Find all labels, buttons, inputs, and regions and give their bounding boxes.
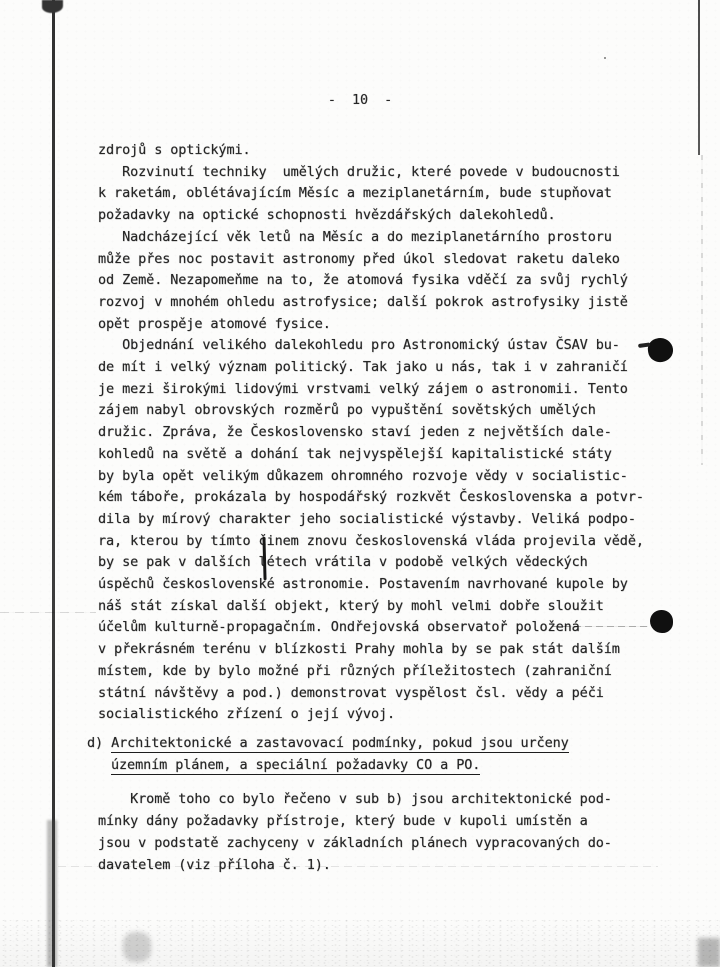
text-line: ra, kterou by tímto činem znovu českoslo… xyxy=(98,531,720,553)
text-line: požadavky na optické schopnosti hvězdářs… xyxy=(98,205,720,227)
ink-speck xyxy=(604,57,606,59)
text-line: náš stát získal další objekt, který by m… xyxy=(98,596,720,618)
text-line: může přes noc postavit astronomy před úk… xyxy=(98,249,720,271)
text-line: davatelem (viz příloha č. 1). xyxy=(98,855,720,877)
section-label: d) xyxy=(87,735,111,751)
text-line: zdrojů s optickými. xyxy=(98,140,720,162)
text-line: v překrásném terénu v blízkosti Prahy mo… xyxy=(98,639,720,661)
text-line: Nadcházející věk letů na Měsíc a do mezi… xyxy=(98,227,720,249)
right-scan-line xyxy=(698,0,700,155)
text-line: úspěchů československé astronomie. Posta… xyxy=(98,574,720,596)
scanned-document-page: - 10 - zdrojů s optickými. Rozvinutí tec… xyxy=(0,0,720,967)
text-line: Rozvinutí techniky umělých družic, které… xyxy=(98,162,720,184)
text-line: družic. Zpráva, že Československo staví … xyxy=(98,422,720,444)
text-line: kohledů na světě a dohání tak nejvyspěle… xyxy=(98,444,720,466)
section-heading-line: d) Architektonické a zastavovací podmínk… xyxy=(87,733,720,755)
text-line: by se pak v dalších létech vrátila v pod… xyxy=(98,552,720,574)
text-line: by byla opět velikým důkazem ohromného r… xyxy=(98,466,720,488)
text-line: rozvoj v mnohém ohledu astrofysice; dalš… xyxy=(98,292,720,314)
text-line: Kromě toho co bylo řečeno v sub b) jsou … xyxy=(98,789,720,811)
page-number: - 10 - xyxy=(0,92,720,108)
text-line: socialistického zřízení o její vývoj. xyxy=(98,704,720,726)
text-line: Objednání velikého dalekohledu pro Astro… xyxy=(98,335,720,357)
text-line: státní návštěvy a pod.) demonstrovat vys… xyxy=(98,683,720,705)
text-line: je mezi širokými lidovými vrstvami velký… xyxy=(98,379,720,401)
text-line: k raketám, oblétávajícím Měsíc a mezipla… xyxy=(98,183,720,205)
text-line: jsou v podstatě zachyceny v základních p… xyxy=(98,833,720,855)
section-title-underlined: územním plánem, a speciální požadavky CO… xyxy=(111,757,480,776)
typewritten-text: zdrojů s optickými. Rozvinutí techniky u… xyxy=(0,140,720,876)
bottom-scan-noise xyxy=(0,918,720,967)
text-line: od Země. Nezapomeňme na to, že atomová f… xyxy=(98,270,720,292)
text-line: zájem nabyl obrovských rozměrů po vypušt… xyxy=(98,400,720,422)
text-line: účelům kulturně-propagačním. Ondřejovská… xyxy=(98,617,720,639)
text-line: dila by mírový charakter jeho socialisti… xyxy=(98,509,720,531)
text-line: mínky dány požadavky přístroje, který bu… xyxy=(98,811,720,833)
typewritten-lines: zdrojů s optickými. Rozvinutí techniky u… xyxy=(0,140,720,876)
text-line: opět prospěje atomové fysice. xyxy=(98,314,720,336)
text-line: kém táboře, prokázala by hospodářský roz… xyxy=(98,487,720,509)
smudge-bottom-left xyxy=(123,932,151,962)
text-line: místem, kde by bylo možné při různých př… xyxy=(98,661,720,683)
text-line: de mít i velký význam politický. Tak jak… xyxy=(98,357,720,379)
section-title-underlined: Architektonické a zastavovací podmínky, … xyxy=(111,735,569,754)
left-scan-line-top-blob xyxy=(42,0,63,13)
section-heading-line: územním plánem, a speciální požadavky CO… xyxy=(111,755,720,777)
smudge-bottom-right xyxy=(698,938,720,967)
